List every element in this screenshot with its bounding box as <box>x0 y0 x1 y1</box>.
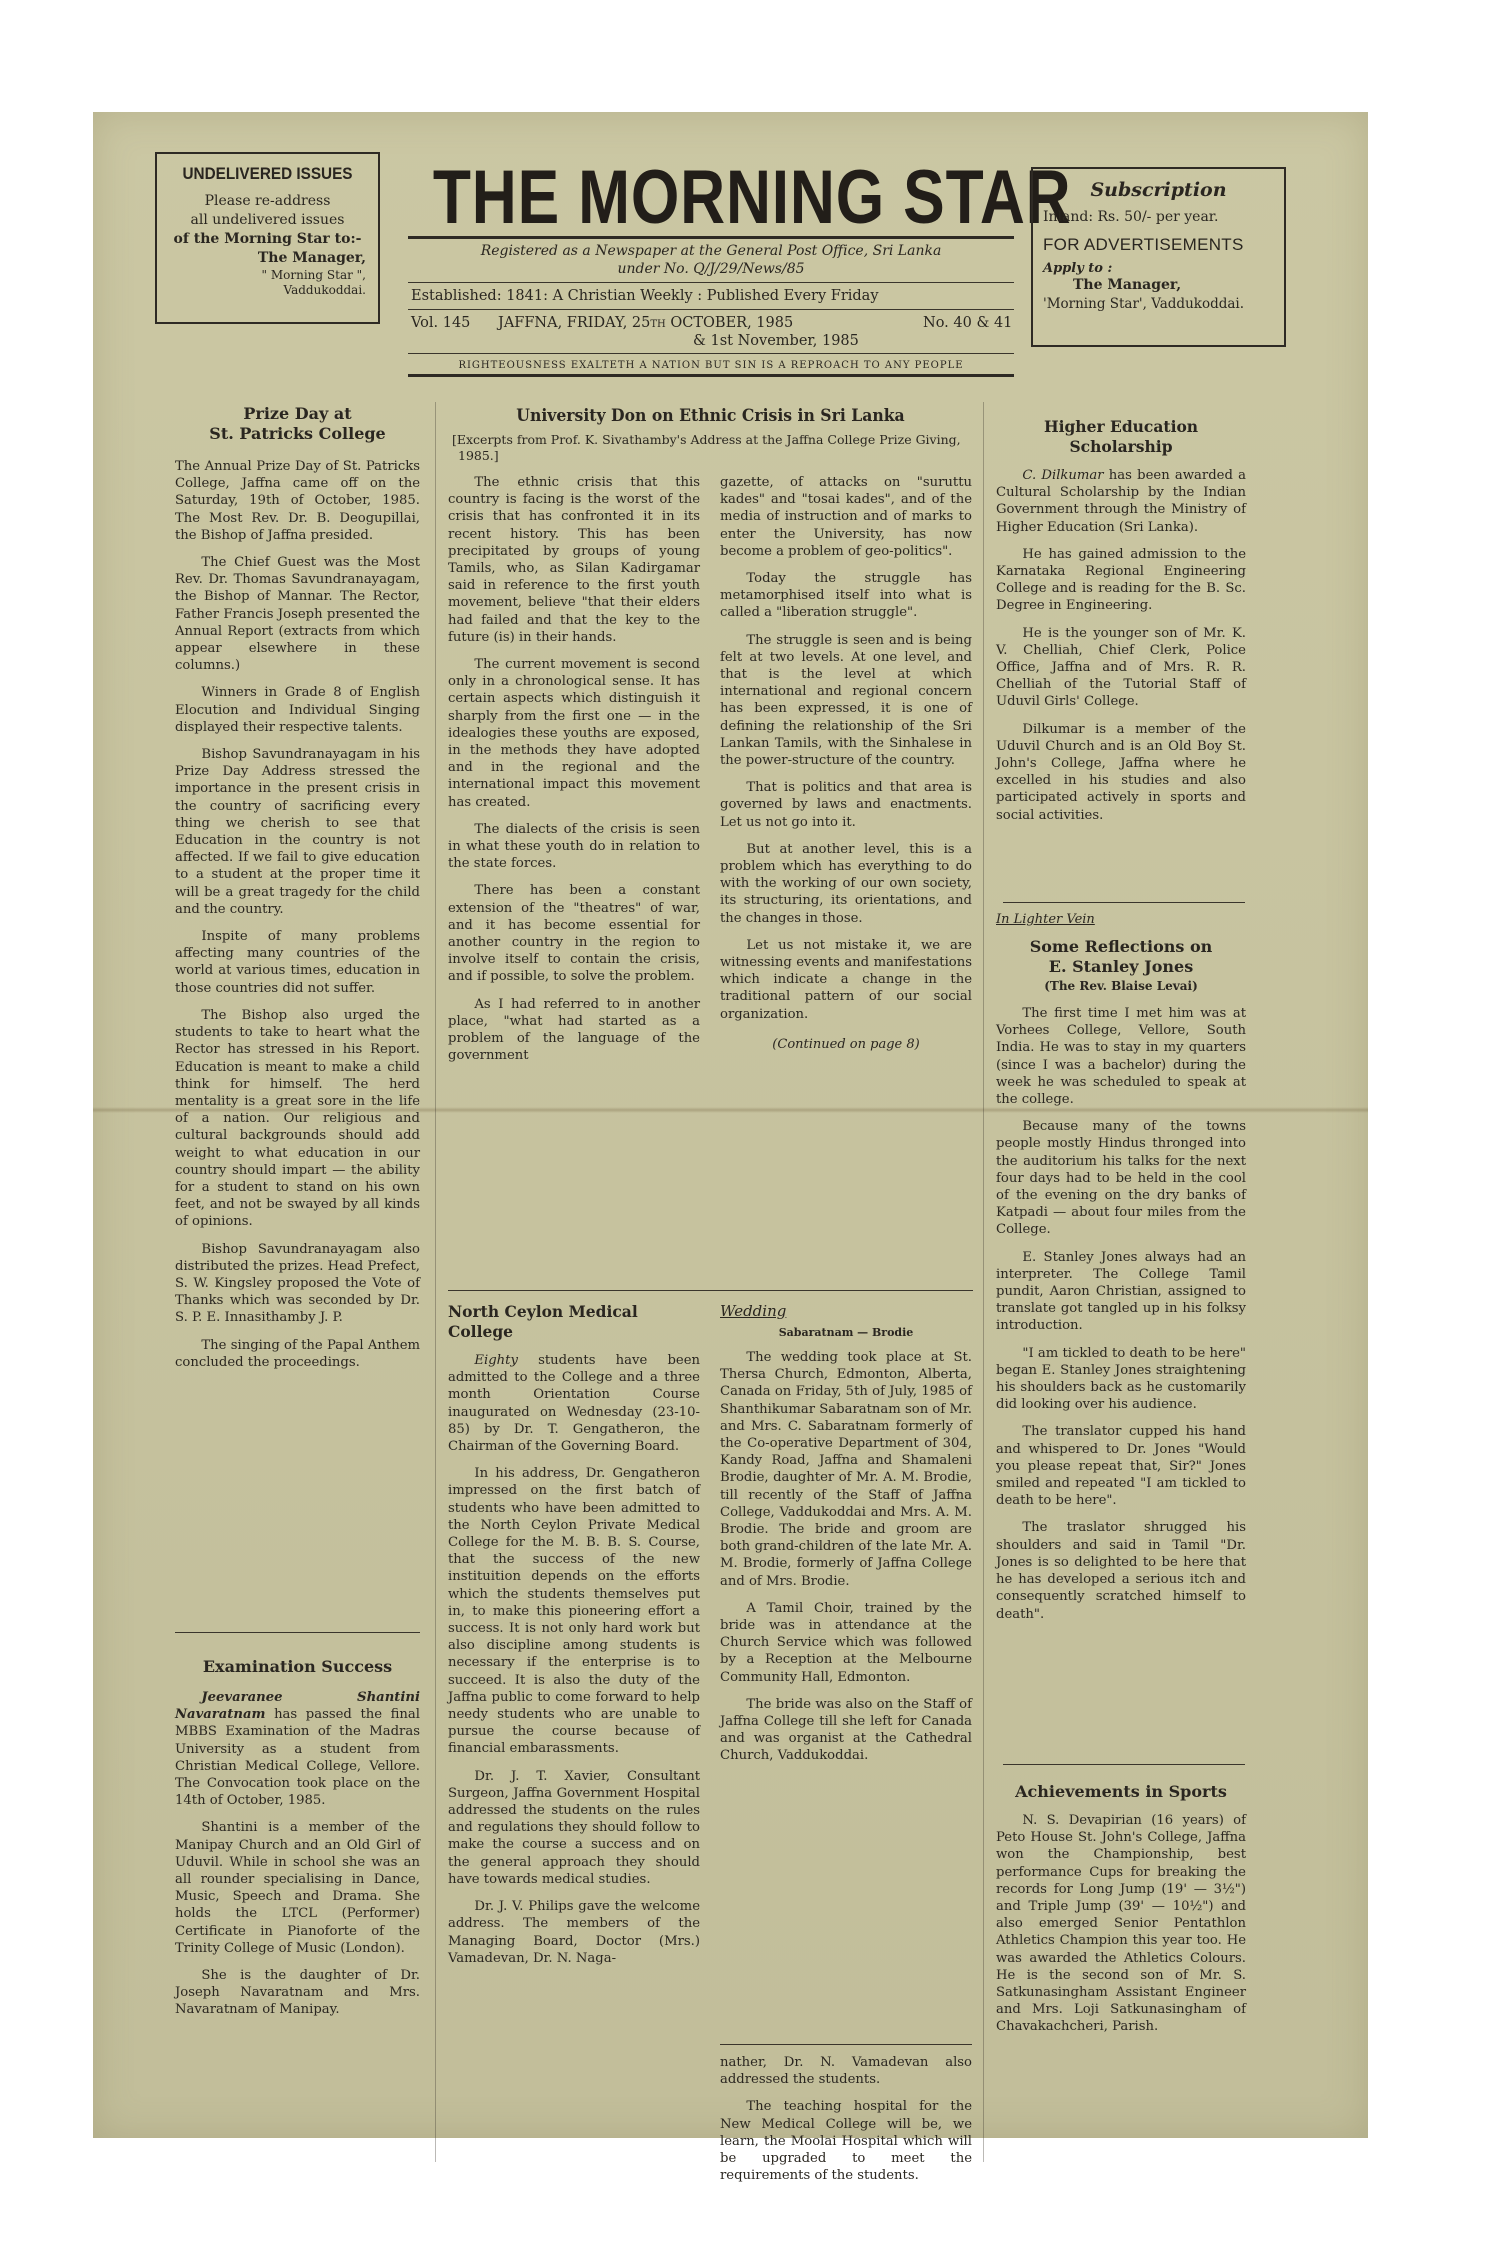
undelivered-paper: " Morning Star ", <box>165 268 370 283</box>
article-paragraph: There has been a constant extension of t… <box>448 882 700 985</box>
masthead-title: THE MORNING STAR <box>405 154 904 241</box>
undelivered-manager: The Manager, <box>165 249 370 268</box>
masthead-rule <box>408 353 1014 354</box>
article-headline: Achievements in Sports <box>996 1782 1246 1802</box>
column-divider <box>983 402 984 2162</box>
article-paragraph: "I am tickled to death to be here" began… <box>996 1345 1246 1414</box>
article-paragraph: Winners in Grade 8 of English Elocution … <box>175 684 420 736</box>
article-paragraph: The teaching hospital for the New Medica… <box>720 2098 972 2184</box>
medical-college-continuation: nather, Dr. N. Vamadevan also addressed … <box>720 2054 972 2194</box>
article-headline: St. Patricks College <box>175 424 420 444</box>
article-text: students have been admitted to the Colle… <box>448 1353 700 1454</box>
article-headline: Higher Education Scholarship <box>996 417 1246 457</box>
subscription-box: Subscription Inland: Rs. 50/- per year. … <box>1031 167 1286 347</box>
newspaper-page: UNDELIVERED ISSUES Please re-address all… <box>93 112 1368 2138</box>
subscription-address: 'Morning Star', Vaddukoddai. <box>1043 295 1274 314</box>
article-paragraph: The singing of the Papal Anthem conclude… <box>175 1337 420 1371</box>
article-paragraph: Bishop Savundranayagam also distributed … <box>175 1241 420 1327</box>
wedding-subhead: Sabaratnam — Brodie <box>720 1326 972 1339</box>
registration-number: under No. Q/J/29/News/85 <box>408 260 1014 278</box>
advertisements-heading: FOR ADVERTISEMENTS <box>1043 235 1274 255</box>
article-paragraph: N. S. Devapirian (16 years) of Peto Hous… <box>996 1812 1246 2036</box>
undelivered-issues-box: UNDELIVERED ISSUES Please re-address all… <box>155 152 380 324</box>
article-ethnic-crisis: University Don on Ethnic Crisis in Sri L… <box>448 406 973 474</box>
article-paragraph: In his address, Dr. Gengatheron impresse… <box>448 1465 700 1757</box>
apply-to: Apply to : <box>1043 261 1274 276</box>
article-headline: Examination Success <box>175 1657 420 1677</box>
scholar-name: C. Dilkumar <box>1022 468 1103 483</box>
section-rule <box>1003 1764 1245 1765</box>
undelivered-line: Please re-address <box>165 192 370 211</box>
article-wedding: Wedding Sabaratnam — Brodie The wedding … <box>720 1302 972 1775</box>
article-paragraph: The dialects of the crisis is seen in wh… <box>448 821 700 873</box>
article-paragraph: A Tamil Choir, trained by the bride was … <box>720 1600 972 1686</box>
issue-number: No. 40 & 41 <box>923 314 1012 332</box>
article-byline: (The Rev. Blaise Levai) <box>996 979 1246 993</box>
article-paragraph: The traslator shrugged his shoulders and… <box>996 1519 1246 1622</box>
undelivered-line: all undelivered issues <box>165 211 370 230</box>
article-paragraph: As I had referred to in another place, "… <box>448 996 700 1065</box>
article-paragraph: The translator cupped his hand and whisp… <box>996 1423 1246 1509</box>
section-rule <box>1003 902 1245 903</box>
article-paragraph: E. Stanley Jones always had an interpret… <box>996 1249 1246 1335</box>
article-paragraph: He has gained admission to the Karnataka… <box>996 546 1246 615</box>
article-paragraph: Because many of the towns people mostly … <box>996 1118 1246 1238</box>
article-deck: [Excerpts from Prof. K. Sivathamby's Add… <box>452 432 973 464</box>
article-paragraph: But at another level, this is a problem … <box>720 841 972 927</box>
article-exam-success: Examination Success Jeevaranee Shantini … <box>175 1657 420 2029</box>
article-lighter-vein: In Lighter Vein Some Reflections on E. S… <box>996 912 1246 1633</box>
motto: RIGHTEOUSNESS EXALTETH A NATION BUT SIN … <box>408 357 1014 375</box>
section-rule <box>720 2044 972 2045</box>
article-paragraph: Dr. J. V. Philips gave the welcome addre… <box>448 1898 700 1967</box>
section-rule <box>448 1290 973 1291</box>
column-divider <box>435 402 436 2162</box>
masthead: THE MORNING STAR <box>405 154 1013 241</box>
masthead-rule <box>408 282 1014 283</box>
section-rule <box>175 1632 420 1633</box>
masthead-rule <box>408 309 1014 310</box>
subscription-manager: The Manager, <box>1043 276 1274 295</box>
masthead-rule <box>408 236 1014 239</box>
article-paragraph: Inspite of many problems affecting many … <box>175 928 420 997</box>
article-paragraph: The first time I met him was at Vorhees … <box>996 1005 1246 1108</box>
dateline: JAFFNA, FRIDAY, 25th OCTOBER, 1985 <box>498 314 793 332</box>
article-paragraph: The Annual Prize Day of St. Patricks Col… <box>175 458 420 544</box>
article-text: has passed the final MBBS Examination of… <box>175 1707 420 1808</box>
article-paragraph: The Chief Guest was the Most Rev. Dr. Th… <box>175 554 420 674</box>
section-kicker: In Lighter Vein <box>996 912 1246 927</box>
article-headline: University Don on Ethnic Crisis in Sri L… <box>469 406 952 426</box>
continued-notice: (Continued on page 8) <box>720 1037 972 1052</box>
section-kicker: Wedding <box>720 1302 972 1320</box>
subscription-rate: Inland: Rs. 50/- per year. <box>1043 207 1274 227</box>
article-headline: Some Reflections on <box>996 937 1246 957</box>
article-paragraph: The current movement is second only in a… <box>448 656 700 811</box>
undelivered-title: UNDELIVERED ISSUES <box>175 164 360 184</box>
undelivered-place: Vaddukoddai. <box>165 283 370 298</box>
lead-word: Eighty <box>474 1353 518 1368</box>
subscription-title: Subscription <box>1043 179 1274 201</box>
ethnic-crisis-column-1: The ethnic crisis that this country is f… <box>448 474 700 1075</box>
registration-line: Registered as a Newspaper at the General… <box>408 242 1014 260</box>
masthead-rule <box>408 374 1014 377</box>
article-paragraph: nather, Dr. N. Vamadevan also addressed … <box>720 2054 972 2088</box>
article-headline: North Ceylon Medical College <box>448 1302 700 1342</box>
article-paragraph: gazette, of attacks on "suruttu kades" a… <box>720 474 972 560</box>
volume-number: Vol. 145 <box>411 314 470 332</box>
article-paragraph: Let us not mistake it, we are witnessing… <box>720 937 972 1023</box>
article-paragraph: The struggle is seen and is being felt a… <box>720 632 972 770</box>
undelivered-line: of the Morning Star to:- <box>165 230 370 249</box>
article-headline: Prize Day at <box>175 404 420 424</box>
article-paragraph: The wedding took place at St. Thersa Chu… <box>720 1349 972 1590</box>
article-medical-college: North Ceylon Medical College Eighty stud… <box>448 1302 700 1977</box>
article-paragraph: The bride was also on the Staff of Jaffn… <box>720 1696 972 1765</box>
article-paragraph: Bishop Savundranayagam in his Prize Day … <box>175 746 420 918</box>
article-sports: Achievements in Sports N. S. Devapirian … <box>996 1782 1246 2046</box>
article-paragraph: That is politics and that area is govern… <box>720 779 972 831</box>
article-paragraph: She is the daughter of Dr. Joseph Navara… <box>175 1967 420 2019</box>
dateline-second: & 1st November, 1985 <box>693 332 859 350</box>
article-paragraph: Dr. J. T. Xavier, Consultant Surgeon, Ja… <box>448 1768 700 1888</box>
article-prize-day: Prize Day at St. Patricks College The An… <box>175 404 420 1381</box>
article-paragraph: The ethnic crisis that this country is f… <box>448 474 700 646</box>
ethnic-crisis-column-2: gazette, of attacks on "suruttu kades" a… <box>720 474 972 1052</box>
article-paragraph: Shantini is a member of the Manipay Chur… <box>175 1819 420 1957</box>
article-paragraph: Today the struggle has metamorphised its… <box>720 570 972 622</box>
established-line: Established: 1841: A Christian Weekly : … <box>411 287 1011 305</box>
article-paragraph: Dilkumar is a member of the Uduvil Churc… <box>996 721 1246 824</box>
article-headline: E. Stanley Jones <box>996 957 1246 977</box>
article-scholarship: Higher Education Scholarship C. Dilkumar… <box>996 417 1246 834</box>
article-paragraph: He is the younger son of Mr. K. V. Chell… <box>996 625 1246 711</box>
article-paragraph: The Bishop also urged the students to ta… <box>175 1007 420 1231</box>
